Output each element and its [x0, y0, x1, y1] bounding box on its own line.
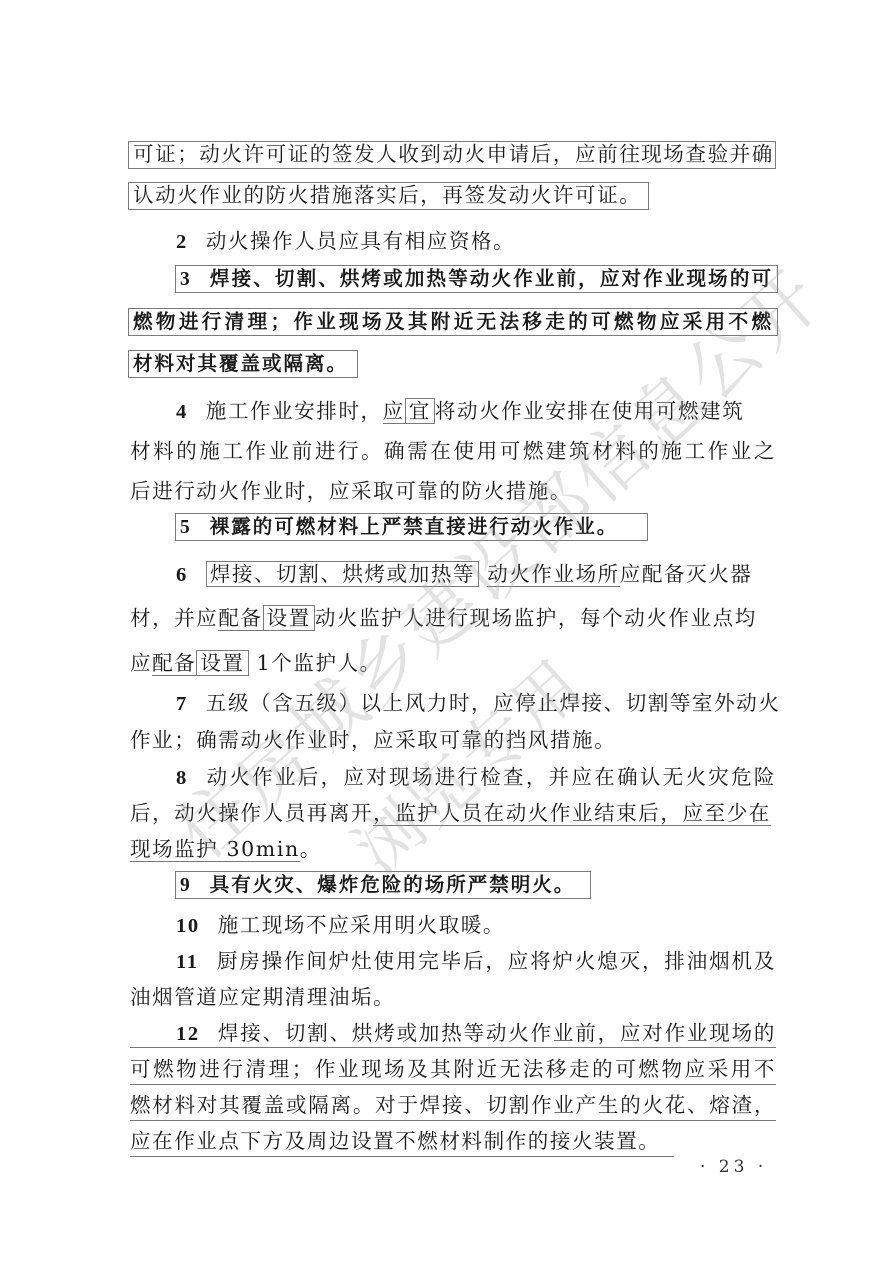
clause-4-line-2: 材料的施工作业前进行。确需在使用可燃建筑材料的施工作业之: [130, 436, 776, 466]
clause-text: 厨房操作间炉灶使用完毕后，应将炉火熄灭，排油烟机及: [217, 949, 776, 973]
clause-12-line-1: 12焊接、切割、烘烤或加热等动火作业前，应对作业现场的: [130, 1018, 776, 1048]
boxed-deletion: 设置: [263, 605, 315, 631]
underlined-insertion: 应: [383, 399, 405, 424]
clause-text: 可燃物进行清理；作业现场及其附近无法移走的可燃物应采用不: [130, 1057, 776, 1081]
clause-text: 。: [300, 837, 322, 861]
clause-text: 燃物进行清理；作业现场及其附近无法移走的可燃物应采用不燃: [133, 310, 773, 333]
clause-text: 五级（含五级）以上风力时，应停止焊接、切割等室外动火: [206, 691, 781, 715]
clause-number: 3: [180, 267, 192, 292]
underlined-insertion: 配备: [218, 606, 262, 631]
clause-6-line-3: 应配备设置 1个监护人。: [130, 648, 776, 678]
clause-2: 2动火操作人员应具有相应资格。: [130, 226, 776, 256]
clause-number: 8: [176, 763, 188, 793]
clause-7-line-2: 作业；确需动火作业时，应采取可靠的挡风措施。: [130, 725, 776, 755]
clause-12-line-2: 可燃物进行清理；作业现场及其附近无法移走的可燃物应采用不: [130, 1054, 776, 1085]
clause-9: 9具有火灾、爆炸危险的场所严禁明火。: [175, 871, 591, 899]
clause-number: 4: [176, 397, 188, 427]
boxed-deletion: 设置: [196, 650, 248, 676]
clause-11-line-1: 11厨房操作间炉灶使用完毕后，应将炉火熄灭，排油烟机及: [130, 946, 776, 976]
clause-number: 9: [180, 873, 192, 898]
clause-3-line-2: 燃物进行清理；作业现场及其附近无法移走的可燃物应采用不燃: [128, 308, 778, 336]
clause-text: 材，并应: [130, 606, 218, 630]
clause-3-line-3: 材料对其覆盖或隔离。: [128, 350, 358, 378]
clause-text: 动火作业后，应对现场进行检查，并应在确认无火灾危险: [206, 765, 776, 789]
clause-text: 应: [130, 651, 152, 675]
clause-text: 1个监护人。: [257, 651, 382, 675]
clause-number: 5: [180, 515, 192, 540]
page-number: · 23 ·: [700, 1157, 767, 1177]
clause-text: 裸露的可燃材料上严禁直接进行动火作业。: [210, 515, 619, 538]
text-line: 认动火作业的防火措施落实后，再签发动火许可证。: [133, 183, 641, 207]
clause-text: 焊接、切割、烘烤或加热等动火作业前，应对作业现场的可: [210, 267, 773, 290]
clause-11-line-2: 油烟管道应定期清理油垢。: [130, 982, 776, 1012]
boxed-deletion: 宜: [405, 398, 435, 424]
clause-12-line-3: 燃材料对其覆盖或隔离。对于焊接、切割作业产生的火花、熔渣，: [130, 1090, 776, 1121]
clause-text: 应配备灭火器: [620, 562, 753, 586]
underlined-insertion: ，监护人员在动火作业结束后，应至少在: [373, 801, 771, 826]
clause-text: 动火操作人员应具有相应资格。: [206, 229, 515, 253]
clause-number: 6: [176, 560, 188, 590]
clause-12-line-4: 应在作业点下方及周边设置不燃材料制作的接火装置。: [130, 1126, 674, 1157]
clause-8-line-3: 现场监护 30min。: [130, 834, 776, 864]
underlined-insertion: 配备: [152, 651, 196, 676]
clause-6-line-2: 材，并应配备设置动火监护人进行现场监护，每个动火作业点均: [130, 603, 776, 633]
clause-text: 应在作业点下方及周边设置不燃材料制作的接火装置。: [130, 1129, 660, 1153]
boxed-deletion: 焊接、切割、烘烤或加热等: [206, 561, 479, 587]
clause-text: 将动火作业安排在使用可燃建筑: [435, 399, 744, 423]
clause-10: 10施工现场不应采用明火取暖。: [130, 910, 776, 940]
clause-text: 材料对其覆盖或隔离。: [133, 352, 348, 375]
underlined-insertion: 现场监护 30min: [130, 837, 300, 862]
clause-text: 动火监护人进行现场监护，每个动火作业点均: [315, 606, 757, 630]
clause-number: 12: [176, 1019, 200, 1049]
clause-text: 施工现场不应采用明火取暖。: [218, 913, 505, 937]
clause-text: 作业；确需动火作业时，应采取可靠的挡风措施。: [130, 728, 616, 752]
clause-number: 10: [176, 911, 200, 941]
clause-text: 后进行动火作业时，应采取可靠的防火措施。: [130, 479, 572, 503]
clause-text: 燃材料对其覆盖或隔离。对于焊接、切割作业产生的火花、熔渣，: [130, 1093, 776, 1117]
clause-text: 油烟管道应定期清理油垢。: [130, 985, 395, 1009]
clause-text: 施工作业安排时，: [206, 399, 383, 423]
clause-4-line-1: 4施工作业安排时，应宜将动火作业安排在使用可燃建筑: [130, 396, 776, 426]
clause-number: 2: [176, 227, 188, 257]
text-line: 可证；动火许可证的签发人收到动火申请后，应前往现场查验并确: [133, 142, 774, 166]
clause-number: 11: [176, 947, 199, 977]
clause-5: 5裸露的可燃材料上严禁直接进行动火作业。: [175, 513, 648, 541]
clause-3-line-1: 3焊接、切割、烘烤或加热等动火作业前，应对作业现场的可: [175, 265, 778, 293]
clause-text: 后，动火操作人员再离开: [130, 801, 373, 825]
clause-7-line-1: 7五级（含五级）以上风力时，应停止焊接、切割等室外动火: [130, 688, 776, 718]
clause-text: 焊接、切割、烘烤或加热等动火作业前，应对作业现场的: [218, 1021, 776, 1045]
document-page: 可证；动火许可证的签发人收到动火申请后，应前往现场查验并确 认动火作业的防火措施…: [0, 0, 882, 1280]
clause-6-line-1: 6焊接、切割、烘烤或加热等 动火作业场所应配备灭火器: [130, 559, 776, 589]
clause-8-line-1: 8动火作业后，应对现场进行检查，并应在确认无火灾危险: [130, 762, 776, 792]
clause-4-line-3: 后进行动火作业时，应采取可靠的防火措施。: [130, 476, 776, 506]
underlined-insertion: 动火作业场所: [487, 562, 620, 587]
clause-text: 具有火灾、爆炸危险的场所严禁明火。: [210, 873, 576, 896]
clause-number: 7: [176, 689, 188, 719]
boxed-line-2: 认动火作业的防火措施落实后，再签发动火许可证。: [128, 182, 649, 210]
clause-text: 材料的施工作业前进行。确需在使用可燃建筑材料的施工作业之: [130, 439, 776, 463]
boxed-line-1: 可证；动火许可证的签发人收到动火申请后，应前往现场查验并确: [128, 141, 776, 169]
clause-8-line-2: 后，动火操作人员再离开，监护人员在动火作业结束后，应至少在: [130, 798, 776, 828]
